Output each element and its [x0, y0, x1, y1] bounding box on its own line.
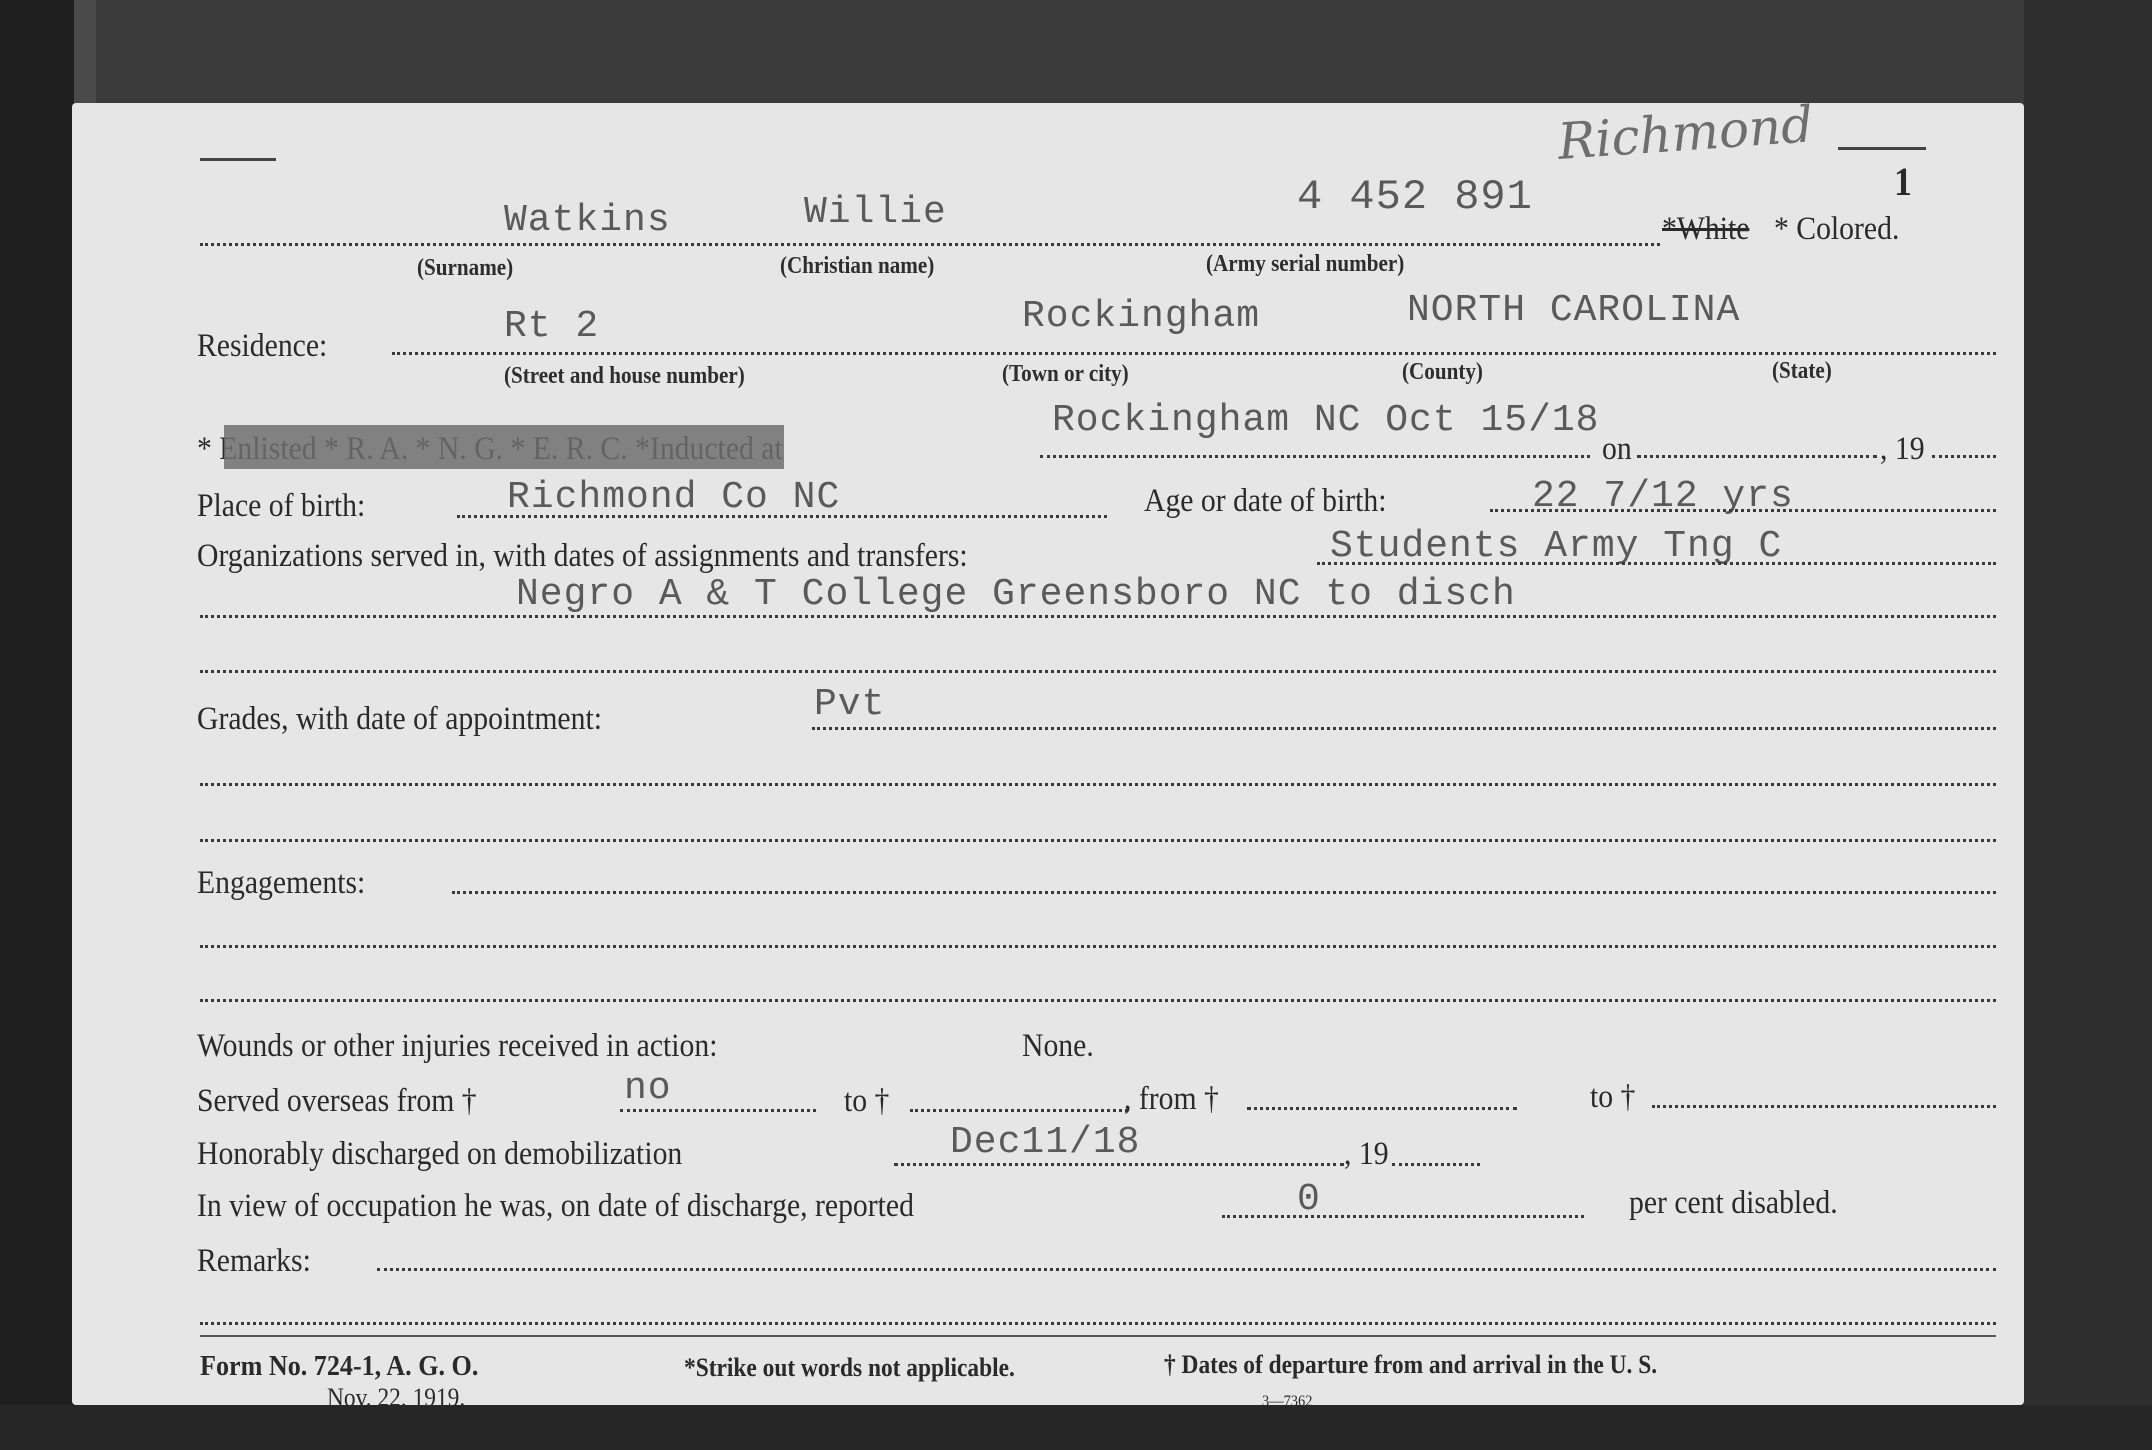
disability-label: In view of occupation he was, on date of…	[197, 1188, 914, 1225]
overseas-from2-line	[1247, 1107, 1517, 1110]
race-colored: * Colored.	[1774, 211, 1899, 248]
overseas-to-label: to †	[844, 1083, 889, 1120]
disability-suffix: per cent disabled.	[1629, 1185, 1838, 1222]
discharge-value: Dec11/18	[950, 1121, 1140, 1164]
remarks-line1	[377, 1268, 1996, 1271]
service-record-card: Richmond 1 Watkins Willie 4 452 891 *Whi…	[72, 103, 2024, 1405]
induction-date-line	[1637, 455, 1877, 458]
overseas-to2-line	[1652, 1105, 1996, 1108]
residence-street-value: Rt 2	[504, 305, 599, 348]
organizations-line2-value: Negro A & T College Greensboro NC to dis…	[516, 573, 1516, 616]
footer-rule	[200, 1335, 1996, 1337]
overseas-from-label: Served overseas from †	[197, 1083, 477, 1120]
surname-caption: (Surname)	[417, 255, 513, 282]
street-caption: (Street and house number)	[504, 363, 745, 390]
engagements-line2	[200, 945, 1996, 948]
organizations-line3	[200, 670, 1996, 673]
redaction-block	[224, 425, 784, 469]
induction-year-label: , 19	[1880, 431, 1925, 468]
serial-caption: (Army serial number)	[1206, 251, 1404, 278]
strike-note: *Strike out words not applicable.	[684, 1353, 1015, 1383]
engagements-label: Engagements:	[197, 865, 365, 902]
discharge-year-line	[1392, 1163, 1480, 1166]
background-left-strip	[0, 0, 74, 1450]
state-caption: (State)	[1772, 358, 1832, 385]
handwritten-county: Richmond	[1556, 95, 1815, 171]
background-top	[96, 0, 2152, 103]
residence-state-value: NORTH CAROLINA	[1407, 289, 1740, 332]
induction-on-label: on	[1602, 431, 1632, 468]
place-of-birth-value: Richmond Co NC	[507, 476, 840, 519]
top-left-dash	[200, 158, 276, 161]
overseas-from-value: no	[624, 1067, 672, 1110]
engagements-line3	[200, 999, 1996, 1002]
organizations-line1	[1317, 562, 1996, 565]
engagements-line1	[452, 891, 1996, 894]
induction-value: Rockingham NC Oct 15/18	[1052, 399, 1600, 442]
name-line	[200, 243, 1660, 246]
grades-line3	[200, 839, 1996, 842]
print-code: 3—7362	[1262, 1393, 1312, 1411]
age-line	[1490, 509, 1996, 512]
grades-line1	[812, 727, 1996, 730]
surname-value: Watkins	[504, 199, 671, 242]
disability-line	[1222, 1215, 1584, 1218]
town-caption: (Town or city)	[1002, 361, 1129, 388]
residence-town-value: Rockingham	[1022, 295, 1260, 338]
overseas-from-line	[620, 1109, 816, 1112]
background-left-band	[74, 0, 96, 103]
corner-mark: 1	[1894, 158, 1912, 205]
overseas-to2-label: to †	[1590, 1079, 1635, 1116]
remarks-label: Remarks:	[197, 1243, 311, 1280]
discharge-label: Honorably discharged on demobilization	[197, 1136, 682, 1173]
discharge-year-label: , 19	[1344, 1136, 1389, 1173]
wounds-value: None.	[1022, 1028, 1094, 1065]
grades-value: Pvt	[814, 683, 885, 726]
grades-line2	[200, 783, 1996, 786]
organizations-line2	[200, 615, 1996, 618]
induction-year-line	[1932, 455, 1996, 458]
corner-dash	[1838, 147, 1926, 150]
wounds-label: Wounds or other injuries received in act…	[197, 1028, 718, 1065]
remarks-line2	[200, 1322, 1996, 1325]
grades-label: Grades, with date of appointment:	[197, 701, 602, 738]
form-number: Form No. 724-1, A. G. O.	[200, 1350, 478, 1383]
overseas-from2-label: , from †	[1124, 1081, 1219, 1118]
overseas-to-line	[910, 1109, 1128, 1112]
residence-line	[392, 352, 1996, 355]
county-caption: (County)	[1402, 359, 1483, 386]
christian-name-caption: (Christian name)	[780, 253, 934, 280]
organizations-label: Organizations served in, with dates of a…	[197, 538, 968, 575]
background-bottom	[0, 1405, 2152, 1450]
residence-label: Residence:	[197, 328, 327, 365]
form-date: Nov. 22, 1919.	[327, 1383, 465, 1413]
background-right	[2024, 0, 2152, 1450]
discharge-date-line	[894, 1163, 1344, 1166]
age-label: Age or date of birth:	[1144, 483, 1386, 520]
army-serial-number-value: 4 452 891	[1297, 173, 1533, 221]
induction-place-line	[1040, 455, 1590, 458]
place-of-birth-line	[457, 515, 1107, 518]
christian-name-value: Willie	[804, 191, 947, 234]
dagger-note: † Dates of departure from and arrival in…	[1164, 1350, 1657, 1380]
place-of-birth-label: Place of birth:	[197, 488, 365, 525]
race-white-struck: *White	[1662, 211, 1749, 248]
